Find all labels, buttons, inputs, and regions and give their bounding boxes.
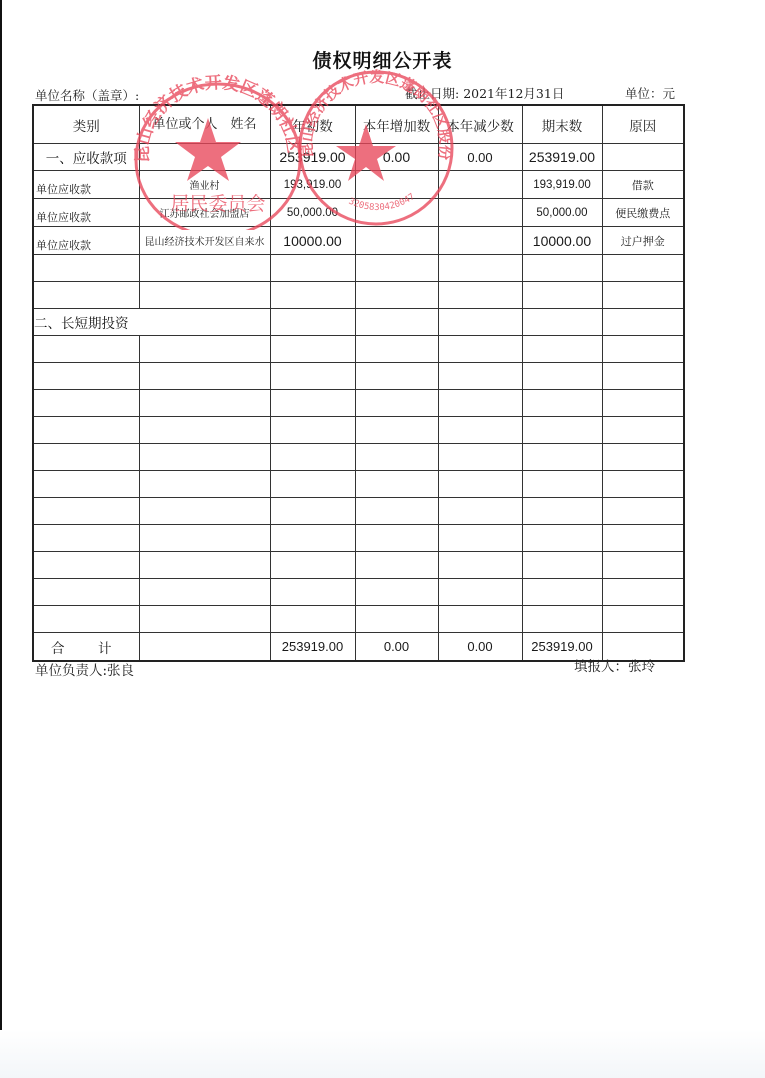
opening-cell bbox=[270, 309, 355, 336]
empty-cell bbox=[33, 336, 139, 363]
empty-cell bbox=[270, 390, 355, 417]
total-decrease: 0.00 bbox=[438, 633, 522, 662]
empty-cell bbox=[355, 255, 438, 282]
decrease-cell bbox=[438, 227, 522, 255]
empty-cell bbox=[33, 390, 139, 417]
section-title: 一、应收款项 bbox=[33, 144, 139, 171]
empty-cell bbox=[355, 390, 438, 417]
table-row bbox=[33, 498, 684, 525]
empty-cell bbox=[355, 471, 438, 498]
table-row bbox=[33, 525, 684, 552]
empty-cell bbox=[522, 444, 602, 471]
empty-cell bbox=[522, 498, 602, 525]
empty-cell bbox=[602, 444, 684, 471]
empty-cell bbox=[438, 417, 522, 444]
increase-cell: 0.00 bbox=[355, 144, 438, 171]
empty-cell bbox=[438, 336, 522, 363]
empty-cell bbox=[602, 336, 684, 363]
table-row: 单位应收款 昆山经济技术开发区自来水 10000.00 10000.00 过户押… bbox=[33, 227, 684, 255]
reason-cell bbox=[602, 309, 684, 336]
empty-cell bbox=[139, 444, 270, 471]
empty-cell bbox=[355, 525, 438, 552]
empty-cell bbox=[602, 579, 684, 606]
header-category: 类别 bbox=[33, 105, 139, 144]
table-row: 单位应收款 渔业村 193,919.00 193,919.00 借款 bbox=[33, 171, 684, 199]
empty-cell bbox=[270, 255, 355, 282]
empty-cell bbox=[139, 525, 270, 552]
empty-cell bbox=[270, 579, 355, 606]
empty-cell bbox=[522, 525, 602, 552]
category-cell: 单位应收款 bbox=[33, 199, 139, 227]
closing-cell: 50,000.00 bbox=[522, 199, 602, 227]
table-row bbox=[33, 417, 684, 444]
table-row bbox=[33, 255, 684, 282]
empty-cell bbox=[602, 606, 684, 633]
empty-cell bbox=[602, 255, 684, 282]
table-row bbox=[33, 471, 684, 498]
empty-cell bbox=[438, 579, 522, 606]
table-row bbox=[33, 444, 684, 471]
empty-cell bbox=[139, 606, 270, 633]
ledger-table: 类别 单位或个人 姓名 年初数 本年增加数 本年减少数 期末数 原因 一、应收款… bbox=[32, 104, 685, 662]
opening-cell: 10000.00 bbox=[270, 227, 355, 255]
header-name: 单位或个人 姓名 bbox=[139, 105, 270, 144]
name-cell bbox=[139, 144, 270, 171]
empty-cell bbox=[33, 606, 139, 633]
empty-cell bbox=[270, 444, 355, 471]
opening-cell: 253919.00 bbox=[270, 144, 355, 171]
empty-cell bbox=[602, 417, 684, 444]
responsible-person: 单位负责人:张良 bbox=[35, 659, 134, 679]
name-cell: 渔业村 bbox=[139, 171, 270, 199]
decrease-cell bbox=[438, 309, 522, 336]
increase-cell bbox=[355, 199, 438, 227]
empty-cell bbox=[438, 525, 522, 552]
category-cell: 单位应收款 bbox=[33, 171, 139, 199]
table-row bbox=[33, 390, 684, 417]
increase-cell bbox=[355, 171, 438, 199]
header-reason: 原因 bbox=[602, 105, 684, 144]
empty-cell bbox=[355, 552, 438, 579]
empty-cell bbox=[139, 282, 270, 309]
reason-cell bbox=[602, 144, 684, 171]
increase-cell bbox=[355, 309, 438, 336]
section-title: 二、长短期投资 bbox=[33, 309, 270, 336]
empty-cell bbox=[438, 444, 522, 471]
closing-cell: 193,919.00 bbox=[522, 171, 602, 199]
empty-cell bbox=[355, 498, 438, 525]
header-closing: 期末数 bbox=[522, 105, 602, 144]
empty-cell bbox=[33, 579, 139, 606]
empty-cell bbox=[602, 552, 684, 579]
empty-cell bbox=[270, 552, 355, 579]
empty-cell bbox=[33, 255, 139, 282]
empty-cell bbox=[139, 552, 270, 579]
header-increase: 本年增加数 bbox=[355, 105, 438, 144]
closing-cell bbox=[522, 309, 602, 336]
name-cell bbox=[139, 633, 270, 662]
section-row-investments: 二、长短期投资 bbox=[33, 309, 684, 336]
empty-cell bbox=[33, 525, 139, 552]
empty-cell bbox=[270, 525, 355, 552]
page-title: 债权明细公开表 bbox=[0, 46, 765, 73]
header-opening: 年初数 bbox=[270, 105, 355, 144]
cutoff-date: 截止日期: 2021年12月31日 bbox=[405, 84, 564, 102]
decrease-cell bbox=[438, 171, 522, 199]
empty-cell bbox=[270, 282, 355, 309]
empty-cell bbox=[270, 606, 355, 633]
opening-cell: 50,000.00 bbox=[270, 199, 355, 227]
empty-cell bbox=[522, 579, 602, 606]
total-increase: 0.00 bbox=[355, 633, 438, 662]
empty-cell bbox=[602, 363, 684, 390]
table-row bbox=[33, 363, 684, 390]
table-row bbox=[33, 282, 684, 309]
name-cell: 昆山经济技术开发区自来水 bbox=[139, 227, 270, 255]
date-label: 截止日期: bbox=[405, 86, 459, 101]
empty-cell bbox=[139, 471, 270, 498]
table-row bbox=[33, 336, 684, 363]
section-row-receivables: 一、应收款项 253919.00 0.00 0.00 253919.00 bbox=[33, 144, 684, 171]
empty-cell bbox=[602, 498, 684, 525]
empty-cell bbox=[522, 336, 602, 363]
empty-cell bbox=[139, 363, 270, 390]
scan-artifact bbox=[0, 1030, 765, 1078]
empty-cell bbox=[522, 255, 602, 282]
increase-cell bbox=[355, 227, 438, 255]
empty-cell bbox=[139, 579, 270, 606]
empty-cell bbox=[139, 417, 270, 444]
empty-cell bbox=[355, 282, 438, 309]
empty-cell bbox=[355, 336, 438, 363]
empty-cell bbox=[438, 606, 522, 633]
filled-by: 填报人：张玲 bbox=[574, 655, 655, 675]
meta-row: 单位名称（盖章）: 截止日期: 2021年12月31日 单位：元 bbox=[35, 86, 675, 104]
table-row bbox=[33, 552, 684, 579]
empty-cell bbox=[270, 417, 355, 444]
total-opening: 253919.00 bbox=[270, 633, 355, 662]
empty-cell bbox=[33, 498, 139, 525]
empty-cell bbox=[355, 606, 438, 633]
category-cell: 单位应收款 bbox=[33, 227, 139, 255]
empty-cell bbox=[355, 579, 438, 606]
empty-cell bbox=[522, 282, 602, 309]
empty-cell bbox=[270, 471, 355, 498]
header-decrease: 本年减少数 bbox=[438, 105, 522, 144]
empty-cell bbox=[270, 336, 355, 363]
header-row: 类别 单位或个人 姓名 年初数 本年增加数 本年减少数 期末数 原因 bbox=[33, 105, 684, 144]
empty-cell bbox=[33, 282, 139, 309]
empty-cell bbox=[522, 552, 602, 579]
currency-unit: 单位：元 bbox=[625, 84, 675, 102]
decrease-cell bbox=[438, 199, 522, 227]
empty-cell bbox=[602, 525, 684, 552]
empty-cell bbox=[522, 606, 602, 633]
reason-cell: 借款 bbox=[602, 171, 684, 199]
empty-cell bbox=[438, 282, 522, 309]
empty-cell bbox=[270, 363, 355, 390]
date-value: 2021年12月31日 bbox=[463, 86, 564, 101]
empty-cell bbox=[602, 282, 684, 309]
empty-cell bbox=[139, 390, 270, 417]
unit-name-label: 单位名称（盖章）: bbox=[35, 86, 139, 104]
closing-cell: 10000.00 bbox=[522, 227, 602, 255]
scan-left-edge bbox=[0, 0, 2, 1078]
empty-cell bbox=[139, 336, 270, 363]
table-row bbox=[33, 579, 684, 606]
empty-cell bbox=[270, 498, 355, 525]
empty-cell bbox=[33, 417, 139, 444]
empty-cell bbox=[355, 363, 438, 390]
empty-cell bbox=[355, 444, 438, 471]
empty-cell bbox=[33, 363, 139, 390]
empty-cell bbox=[33, 444, 139, 471]
empty-cell bbox=[522, 390, 602, 417]
empty-cell bbox=[438, 552, 522, 579]
empty-cell bbox=[602, 471, 684, 498]
empty-cell bbox=[139, 498, 270, 525]
empty-cell bbox=[33, 552, 139, 579]
decrease-cell: 0.00 bbox=[438, 144, 522, 171]
empty-cell bbox=[438, 498, 522, 525]
empty-cell bbox=[438, 363, 522, 390]
table-row: 单位应收款 江苏邮政社会加盟店 50,000.00 50,000.00 便民缴费… bbox=[33, 199, 684, 227]
empty-cell bbox=[33, 471, 139, 498]
name-cell: 江苏邮政社会加盟店 bbox=[139, 199, 270, 227]
table-row bbox=[33, 606, 684, 633]
reason-cell: 过户押金 bbox=[602, 227, 684, 255]
opening-cell: 193,919.00 bbox=[270, 171, 355, 199]
empty-cell bbox=[438, 255, 522, 282]
empty-cell bbox=[438, 390, 522, 417]
empty-cell bbox=[602, 390, 684, 417]
reason-cell: 便民缴费点 bbox=[602, 199, 684, 227]
closing-cell: 253919.00 bbox=[522, 144, 602, 171]
empty-cell bbox=[522, 471, 602, 498]
empty-cell bbox=[522, 417, 602, 444]
empty-cell bbox=[522, 363, 602, 390]
total-label: 合 计 bbox=[33, 633, 139, 662]
empty-cell bbox=[438, 471, 522, 498]
empty-cell bbox=[355, 417, 438, 444]
empty-cell bbox=[139, 255, 270, 282]
